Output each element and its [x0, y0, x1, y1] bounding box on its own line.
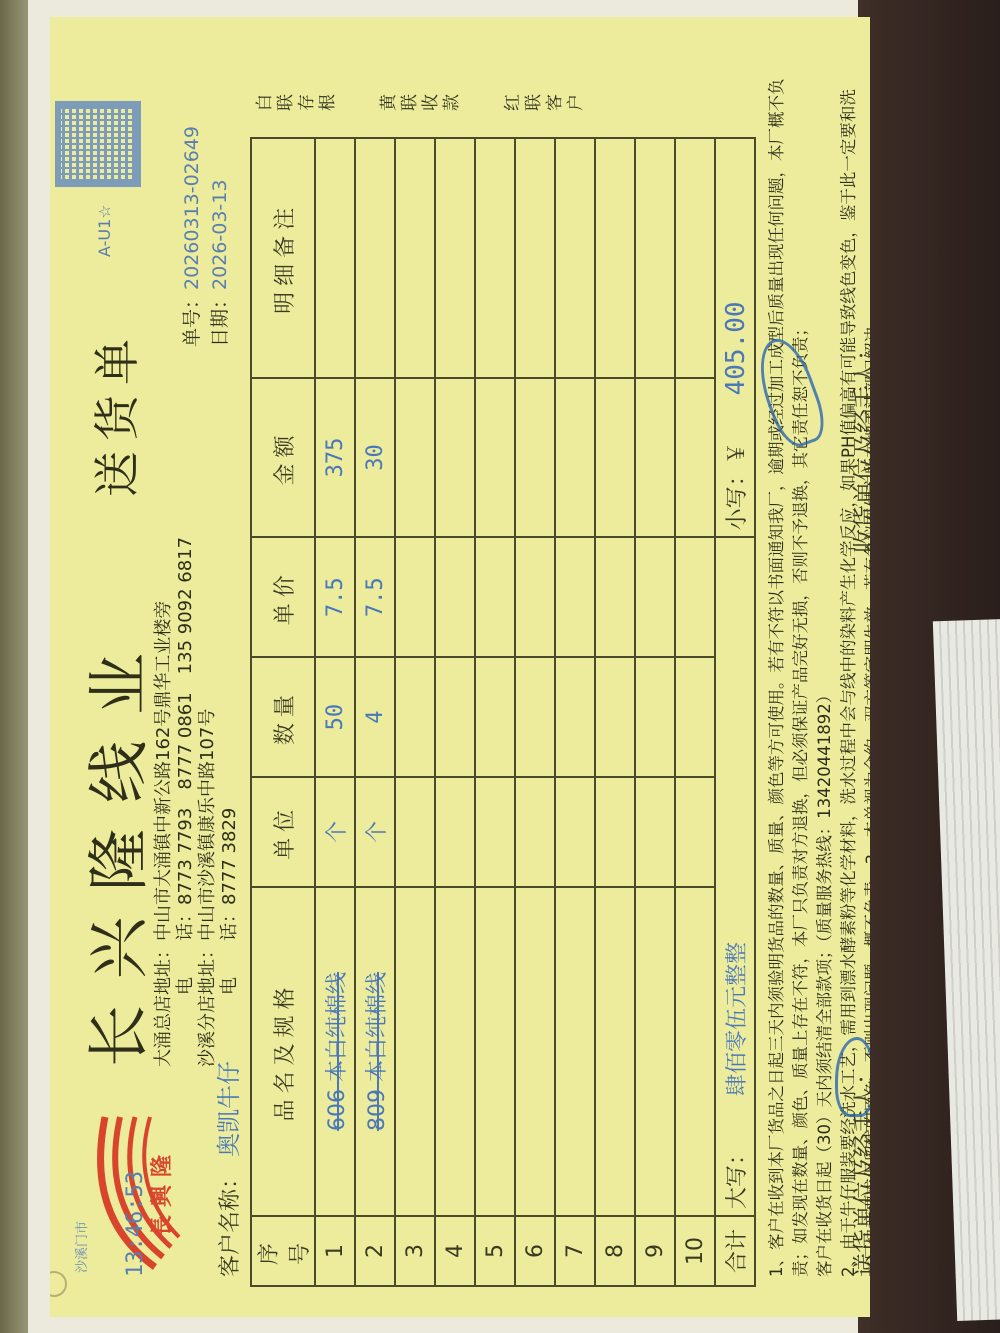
table-row: 3	[395, 138, 435, 1286]
row-note	[315, 138, 355, 378]
form-code: A-U1☆	[95, 204, 114, 257]
row-price: 7.5	[355, 537, 395, 657]
total-label: 合计	[715, 1216, 755, 1286]
row-no: 10	[675, 1216, 715, 1286]
row-no: 1	[315, 1216, 355, 1286]
table-row: 9	[635, 138, 675, 1286]
total-lowercase: 小写：￥ 405.00	[715, 138, 755, 537]
row-note	[355, 138, 395, 378]
row-amount: 375	[315, 378, 355, 538]
row-unit: 个	[355, 777, 395, 887]
total-row: 合计 大写： 肆佰零伍元整整 小写：￥ 405.00	[715, 138, 755, 1286]
items-table: 序号 品名及规格 单位 数量 单价 金额 明细备注 1 606 本白纯棉线 个 …	[250, 137, 756, 1287]
header-amount: 金额	[251, 378, 315, 538]
table-header-row: 序号 品名及规格 单位 数量 单价 金额 明细备注	[251, 138, 315, 1286]
branch-phone-value: 8777 3829	[219, 808, 240, 905]
header-no: 序号	[251, 1216, 315, 1286]
order-number: 单号：20260313-02649	[177, 126, 204, 347]
order-date-label: 日期：	[209, 290, 231, 347]
total-uppercase: 大写： 肆佰零伍元整整	[715, 537, 755, 1216]
binder-hole	[50, 1271, 67, 1297]
row-amount: 30	[355, 378, 395, 538]
table-row: 5	[475, 138, 515, 1286]
copy-label-red: 红联客户	[503, 92, 587, 117]
order-number-value: 20260313-02649	[181, 126, 203, 290]
order-number-label: 单号：	[181, 290, 203, 347]
branch-phone-label: 电 话：	[219, 905, 240, 995]
qr-code-icon	[55, 101, 141, 187]
copy-label-yellow: 黄联收款	[379, 92, 463, 117]
table-row: 10	[675, 138, 715, 1286]
row-no: 3	[395, 1216, 435, 1286]
terms-line-1: 1、客户在收到本厂货品之日起三天内须验明货品的数量、质量、颜色等方可使用。若有不…	[765, 77, 813, 1277]
row-no: 6	[515, 1216, 555, 1286]
table-row: 7	[555, 138, 595, 1286]
copy-labels: 白联存根 黄联收款 红联客户	[255, 57, 627, 117]
document-type: 送货单	[81, 329, 147, 497]
customer-name: 奥凯牛仔	[209, 1061, 244, 1157]
table-row: 6	[515, 138, 555, 1286]
uppercase-label: 大写：	[725, 1143, 750, 1209]
customer-label: 客户名称：	[213, 1167, 244, 1277]
company-name: 长兴隆线业	[69, 627, 158, 1067]
logo-caption: 沙溪门市	[71, 1221, 90, 1273]
delivery-note-photo: 沙溪门市 13:46:53 長興隆 长兴隆线业 送货单 大涌总店地址：中山市大涌…	[50, 0, 870, 1333]
table-row: 1 606 本白纯棉线 个 50 7.5 375	[315, 138, 355, 1286]
row-unit: 个	[315, 777, 355, 887]
row-no: 5	[475, 1216, 515, 1286]
table-row: 2 809 本白纯棉线 个 4 7.5 30	[355, 138, 395, 1286]
row-qty: 50	[315, 657, 355, 777]
row-no: 4	[435, 1216, 475, 1286]
copy-label-white: 白联存根	[255, 92, 339, 117]
terms-line-2: 客户在收货日起（30）天内须结清全部款项；（质量服务热线：13420441892…	[813, 77, 837, 1277]
row-name: 606 本白纯棉线	[315, 887, 355, 1216]
table-row: 8	[595, 138, 635, 1286]
table-row: 4	[435, 138, 475, 1286]
branch-phone: 电 话：8777 3829	[215, 808, 241, 995]
row-price: 7.5	[315, 537, 355, 657]
row-no: 9	[635, 1216, 675, 1286]
order-date-value: 2026-03-13	[209, 180, 231, 290]
header-unit: 单位	[251, 777, 315, 887]
row-no: 7	[555, 1216, 595, 1286]
header-qty: 数量	[251, 657, 315, 777]
order-date: 日期：2026-03-13	[205, 180, 232, 347]
header-price: 单价	[251, 537, 315, 657]
row-name: 809 本白纯棉线	[355, 887, 395, 1216]
row-no: 8	[595, 1216, 635, 1286]
lowercase-label: 小写：￥	[725, 442, 750, 530]
receiver-signature-label: 收货单位及经手人：	[845, 337, 870, 553]
delivery-note-form: 沙溪门市 13:46:53 長興隆 长兴隆线业 送货单 大涌总店地址：中山市大涌…	[50, 17, 870, 1317]
uppercase-value: 肆佰零伍元整整	[725, 942, 750, 1096]
logo-brand-name: 長興隆	[145, 1147, 176, 1237]
header-note: 明细备注	[251, 138, 315, 378]
header-name: 品名及规格	[251, 887, 315, 1216]
row-no: 2	[355, 1216, 395, 1286]
row-qty: 4	[355, 657, 395, 777]
lowercase-value: 405.00	[721, 301, 751, 395]
